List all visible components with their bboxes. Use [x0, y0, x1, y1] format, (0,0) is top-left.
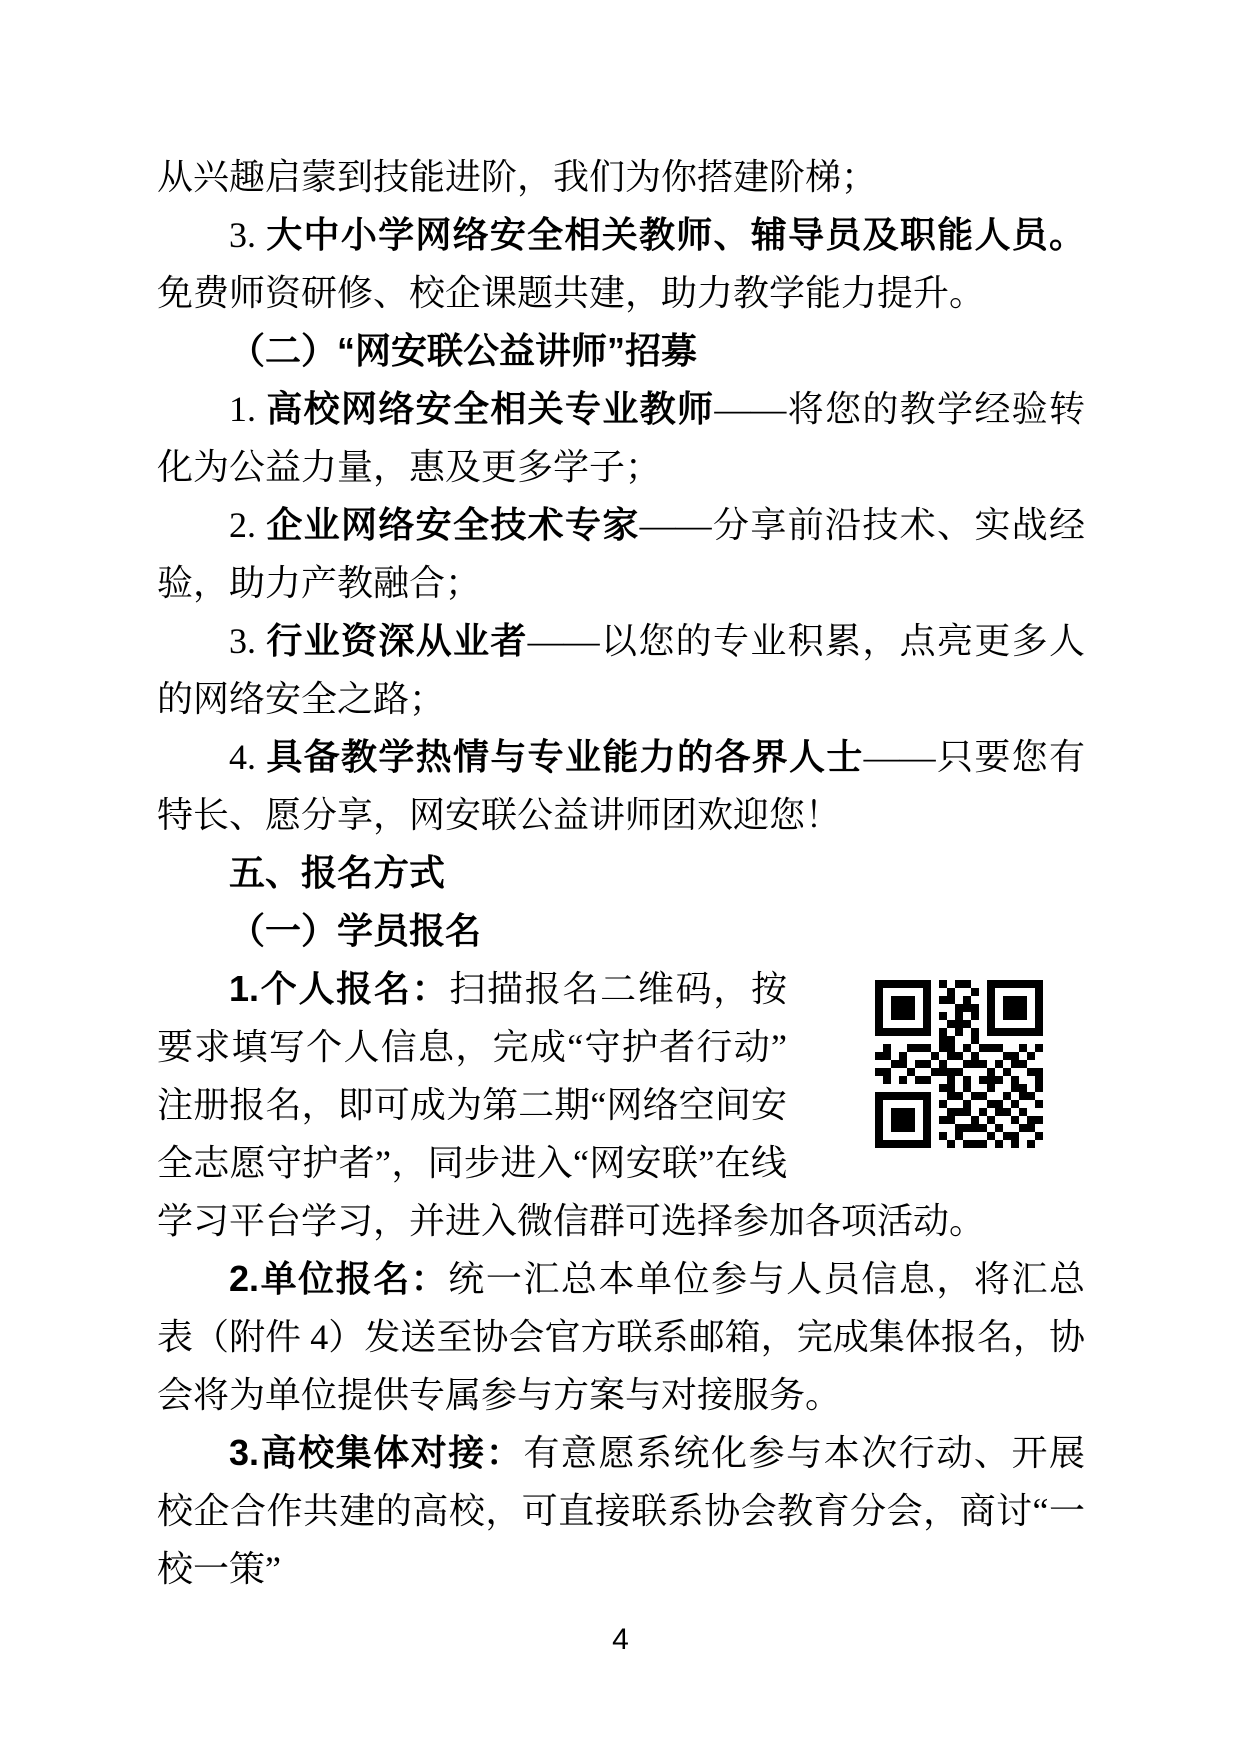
qr-module [1019, 1140, 1027, 1148]
qr-module [1011, 1108, 1019, 1116]
qr-module [987, 980, 995, 988]
qr-module [1011, 1020, 1019, 1028]
qr-module [987, 1076, 995, 1084]
text-run-bold: （一）学员报名 [229, 910, 481, 951]
qr-module [907, 1076, 915, 1084]
qr-module [971, 980, 979, 988]
qr-module [947, 1108, 955, 1116]
qr-module [955, 1076, 963, 1084]
qr-module [947, 1124, 955, 1132]
qr-module [923, 1076, 931, 1084]
qr-module [931, 1052, 939, 1060]
qr-module [971, 1068, 979, 1076]
qr-module [995, 1132, 1003, 1140]
qr-module [1027, 988, 1035, 996]
qr-module [875, 1076, 883, 1084]
qr-module [1035, 1068, 1043, 1076]
qr-module [931, 1028, 939, 1036]
qr-module [947, 988, 955, 996]
qr-module [915, 1116, 923, 1124]
qr-module [923, 1116, 931, 1124]
qr-module [1019, 1092, 1027, 1100]
qr-module [883, 1020, 891, 1028]
qr-module [907, 1084, 915, 1092]
qr-module [915, 1124, 923, 1132]
qr-module [931, 980, 939, 988]
qr-module [963, 1140, 971, 1148]
para-unit-registration: 2.单位报名：统一汇总本单位参与人员信息，将汇总表（附件 4）发送至协会官方联系… [157, 1250, 1085, 1424]
qr-module [931, 996, 939, 1004]
qr-module [923, 980, 931, 988]
qr-module [1011, 1116, 1019, 1124]
qr-module [1003, 988, 1011, 996]
qr-module [907, 1108, 915, 1116]
qr-module [987, 1124, 995, 1132]
qr-module [883, 1036, 891, 1044]
qr-module [1003, 1012, 1011, 1020]
qr-module [963, 988, 971, 996]
qr-module [875, 988, 883, 996]
qr-module [955, 1004, 963, 1012]
qr-module [923, 1132, 931, 1140]
qr-module [963, 1012, 971, 1020]
qr-module [947, 1076, 955, 1084]
qr-module [923, 1084, 931, 1092]
qr-module [939, 1140, 947, 1148]
qr-module [1035, 1012, 1043, 1020]
qr-module [923, 1044, 931, 1052]
qr-module [931, 1004, 939, 1012]
qr-module [947, 996, 955, 1004]
qr-module [931, 1076, 939, 1084]
qr-module [947, 1140, 955, 1148]
qr-module [915, 1132, 923, 1140]
qr-module [1003, 1132, 1011, 1140]
qr-module [955, 1052, 963, 1060]
qr-module [1003, 1084, 1011, 1092]
qr-module [1003, 1076, 1011, 1084]
qr-module [971, 1044, 979, 1052]
qr-module [923, 1060, 931, 1068]
qr-module [1019, 1108, 1027, 1116]
qr-module [923, 988, 931, 996]
qr-module [899, 1044, 907, 1052]
qr-module [963, 1132, 971, 1140]
qr-module [955, 988, 963, 996]
qr-module [875, 1004, 883, 1012]
qr-module [1027, 1052, 1035, 1060]
qr-module [1027, 1092, 1035, 1100]
qr-module [907, 996, 915, 1004]
qr-module [955, 1060, 963, 1068]
qr-module [931, 1132, 939, 1140]
qr-module [979, 1100, 987, 1108]
qr-module [1019, 1028, 1027, 1036]
qr-module [891, 980, 899, 988]
qr-module [907, 1052, 915, 1060]
qr-module [995, 980, 1003, 988]
qr-module [1019, 1044, 1027, 1052]
qr-module [987, 1012, 995, 1020]
qr-module [891, 1084, 899, 1092]
para-item-university-teachers: 1. 高校网络安全相关专业教师——将您的教学经验转化为公益力量，惠及更多学子； [157, 380, 1085, 496]
qr-module [955, 980, 963, 988]
qr-module [955, 1124, 963, 1132]
qr-module [947, 980, 955, 988]
qr-module [979, 980, 987, 988]
qr-module [1027, 1100, 1035, 1108]
qr-module [923, 1004, 931, 1012]
qr-module [899, 1076, 907, 1084]
qr-module [987, 1084, 995, 1092]
qr-module [915, 1028, 923, 1036]
para-item-school-teachers: 3. 大中小学网络安全相关教师、辅导员及职能人员。免费师资研修、校企课题共建，助… [157, 206, 1085, 322]
qr-module [883, 1060, 891, 1068]
qr-module [1027, 1124, 1035, 1132]
qr-module [899, 1100, 907, 1108]
qr-module [979, 1044, 987, 1052]
qr-module [883, 1140, 891, 1148]
qr-module [915, 1076, 923, 1084]
qr-module [915, 1060, 923, 1068]
qr-module [907, 1068, 915, 1076]
qr-module [979, 1132, 987, 1140]
heading-student-registration: （一）学员报名 [157, 902, 1085, 960]
qr-module [923, 1068, 931, 1076]
qr-module [899, 1068, 907, 1076]
qr-module [907, 988, 915, 996]
qr-module [907, 1124, 915, 1132]
qr-module [1019, 996, 1027, 1004]
qr-module [963, 1084, 971, 1092]
qr-module [899, 980, 907, 988]
qr-module [995, 1028, 1003, 1036]
qr-module [955, 1020, 963, 1028]
qr-module [1035, 1004, 1043, 1012]
page-number: 4 [0, 1622, 1241, 1658]
qr-module [963, 1100, 971, 1108]
qr-module [899, 1052, 907, 1060]
qr-module [1035, 980, 1043, 988]
qr-module [875, 1116, 883, 1124]
qr-module [939, 1036, 947, 1044]
qr-module [1019, 1020, 1027, 1028]
qr-module [899, 1084, 907, 1092]
qr-module [1011, 1044, 1019, 1052]
qr-module [939, 980, 947, 988]
qr-module [915, 1068, 923, 1076]
qr-module [1035, 1020, 1043, 1028]
qr-module [875, 980, 883, 988]
qr-module [883, 1052, 891, 1060]
qr-module [963, 1124, 971, 1132]
qr-module [987, 1044, 995, 1052]
qr-module [891, 1140, 899, 1148]
qr-module [1011, 1004, 1019, 1012]
qr-module [1011, 1140, 1019, 1148]
qr-module [1011, 980, 1019, 988]
qr-module [1003, 1060, 1011, 1068]
qr-module [955, 1140, 963, 1148]
qr-module [1035, 1084, 1043, 1092]
qr-module [899, 1060, 907, 1068]
qr-module [947, 1004, 955, 1012]
qr-module [939, 1100, 947, 1108]
qr-module [1011, 996, 1019, 1004]
qr-module [883, 1108, 891, 1116]
qr-module [1011, 1092, 1019, 1100]
qr-module [947, 1100, 955, 1108]
qr-module [907, 1036, 915, 1044]
qr-module [923, 1124, 931, 1132]
qr-module [1019, 1084, 1027, 1092]
qr-module [899, 1036, 907, 1044]
text-run: 1. [229, 389, 266, 429]
qr-module [995, 1068, 1003, 1076]
qr-module [875, 1140, 883, 1148]
qr-module [923, 1100, 931, 1108]
qr-module [923, 1052, 931, 1060]
qr-module [1011, 1076, 1019, 1084]
qr-module [1027, 1084, 1035, 1092]
qr-module [1035, 1140, 1043, 1148]
qr-module [899, 988, 907, 996]
qr-module [939, 1116, 947, 1124]
qr-module [1035, 1028, 1043, 1036]
qr-module [891, 1132, 899, 1140]
qr-module [979, 1052, 987, 1060]
qr-module [939, 1084, 947, 1092]
qr-module [1003, 1100, 1011, 1108]
qr-module [963, 1004, 971, 1012]
qr-module [1019, 1060, 1027, 1068]
qr-module [923, 1140, 931, 1148]
qr-module [987, 1028, 995, 1036]
qr-module [907, 1092, 915, 1100]
qr-module [987, 1132, 995, 1140]
qr-module [907, 1004, 915, 1012]
qr-module [891, 1092, 899, 1100]
qr-module [891, 1004, 899, 1012]
qr-module [987, 1108, 995, 1116]
qr-module [971, 1092, 979, 1100]
qr-module [979, 996, 987, 1004]
qr-module [995, 996, 1003, 1004]
qr-module [915, 1140, 923, 1148]
qr-module [915, 1092, 923, 1100]
qr-module [1019, 1124, 1027, 1132]
qr-module [971, 1124, 979, 1132]
qr-module [1027, 1044, 1035, 1052]
text-run-bold: 具备教学热情与专业能力的各界人士 [266, 736, 863, 777]
qr-module [1027, 1132, 1035, 1140]
para-item-industry-veterans: 3. 行业资深从业者——以您的专业积累，点亮更多人的网络安全之路； [157, 612, 1085, 728]
qr-module [883, 1028, 891, 1036]
qr-module [955, 1116, 963, 1124]
qr-module [963, 1052, 971, 1060]
qr-module [931, 1012, 939, 1020]
qr-module [939, 1108, 947, 1116]
qr-module [915, 1004, 923, 1012]
qr-module [1019, 1052, 1027, 1060]
qr-module [1011, 1012, 1019, 1020]
qr-module [931, 1036, 939, 1044]
qr-module [987, 1052, 995, 1060]
qr-module [883, 1004, 891, 1012]
qr-module [955, 1108, 963, 1116]
qr-module [883, 980, 891, 988]
qr-module [1003, 1052, 1011, 1060]
text-run-bold: 大中小学网络安全相关教师、辅导员及职能人员。 [266, 214, 1085, 255]
qr-module [995, 1124, 1003, 1132]
qr-module [971, 1012, 979, 1020]
qr-module [915, 988, 923, 996]
qr-module [995, 1100, 1003, 1108]
qr-module [1027, 1012, 1035, 1020]
qr-module [995, 1044, 1003, 1052]
qr-module [947, 1028, 955, 1036]
qr-module [971, 1140, 979, 1148]
qr-module [899, 1092, 907, 1100]
qr-module [1019, 1116, 1027, 1124]
qr-module [899, 1020, 907, 1028]
qr-module [891, 1052, 899, 1060]
qr-module [995, 1084, 1003, 1092]
qr-module [955, 1036, 963, 1044]
qr-module [923, 1020, 931, 1028]
qr-module [907, 1100, 915, 1108]
qr-module [979, 1084, 987, 1092]
qr-module [939, 988, 947, 996]
qr-module [947, 1052, 955, 1060]
registration-qr-code [875, 980, 1043, 1148]
qr-module [1027, 1036, 1035, 1044]
qr-module [915, 996, 923, 1004]
qr-module [907, 1132, 915, 1140]
qr-module [939, 1052, 947, 1060]
qr-module [955, 1132, 963, 1140]
qr-module [939, 1068, 947, 1076]
qr-module [971, 1036, 979, 1044]
qr-module [979, 1116, 987, 1124]
qr-module [931, 1100, 939, 1108]
qr-module [995, 1036, 1003, 1044]
text-run-bold: 企业网络安全技术专家 [266, 504, 639, 545]
qr-module [979, 1012, 987, 1020]
qr-module [963, 1060, 971, 1068]
qr-module [883, 1092, 891, 1100]
qr-module [923, 1036, 931, 1044]
qr-module [875, 1012, 883, 1020]
qr-module [899, 1124, 907, 1132]
qr-module [1019, 1100, 1027, 1108]
qr-module [875, 1060, 883, 1068]
qr-module [939, 1028, 947, 1036]
qr-module [891, 1116, 899, 1124]
qr-module [955, 1044, 963, 1052]
qr-module [939, 1044, 947, 1052]
qr-module [915, 1044, 923, 1052]
qr-module [995, 1020, 1003, 1028]
qr-module [883, 1116, 891, 1124]
qr-module [1003, 1124, 1011, 1132]
qr-module [891, 996, 899, 1004]
qr-module [1011, 1052, 1019, 1060]
qr-module [963, 1068, 971, 1076]
qr-module [931, 1140, 939, 1148]
qr-module [1027, 1140, 1035, 1148]
qr-module [907, 1116, 915, 1124]
qr-module [1011, 988, 1019, 996]
text-run-bold: （二）“网安联公益讲师”招募 [229, 330, 697, 371]
qr-module [963, 996, 971, 1004]
qr-module [907, 980, 915, 988]
heading-lecturer-recruitment: （二）“网安联公益讲师”招募 [157, 322, 1085, 380]
qr-module [987, 988, 995, 996]
qr-module [955, 1012, 963, 1020]
qr-module [899, 996, 907, 1004]
qr-module [875, 1028, 883, 1036]
qr-module [1019, 988, 1027, 996]
qr-module [939, 1076, 947, 1084]
qr-module [1003, 1068, 1011, 1076]
qr-module [1027, 1076, 1035, 1084]
qr-module [1035, 1132, 1043, 1140]
qr-module [979, 1108, 987, 1116]
qr-module [947, 1092, 955, 1100]
qr-module [923, 1108, 931, 1116]
qr-module [995, 1140, 1003, 1148]
qr-module [915, 980, 923, 988]
qr-module [979, 1068, 987, 1076]
qr-module [1019, 1012, 1027, 1020]
qr-module [979, 1092, 987, 1100]
qr-module [987, 1116, 995, 1124]
qr-module [1035, 1100, 1043, 1108]
para-university-group-connection: 3.高校集体对接：有意愿系统化参与本次行动、开展校企合作共建的高校，可直接联系协… [157, 1424, 1085, 1598]
qr-module [947, 1020, 955, 1028]
qr-module [907, 1044, 915, 1052]
qr-module [899, 1012, 907, 1020]
qr-module [875, 1092, 883, 1100]
qr-module [971, 1076, 979, 1084]
qr-module [891, 1020, 899, 1028]
qr-module [987, 1004, 995, 1012]
qr-module [931, 1044, 939, 1052]
qr-module [883, 1012, 891, 1020]
qr-module [1011, 1132, 1019, 1140]
text-run-bold: 3.高校集体对接： [229, 1432, 523, 1473]
qr-module [971, 1116, 979, 1124]
qr-module [875, 1084, 883, 1092]
qr-module [891, 1036, 899, 1044]
qr-module [931, 1020, 939, 1028]
qr-module [891, 1124, 899, 1132]
qr-module [1003, 980, 1011, 988]
qr-module [1003, 1092, 1011, 1100]
qr-module [875, 1132, 883, 1140]
qr-module [907, 1028, 915, 1036]
qr-module [987, 1140, 995, 1148]
qr-module [875, 1020, 883, 1028]
qr-module [1003, 1116, 1011, 1124]
qr-module [1027, 1116, 1035, 1124]
qr-module [899, 1108, 907, 1116]
document-body: 从兴趣启蒙到技能进阶，我们为你搭建阶梯；3. 大中小学网络安全相关教师、辅导员及… [157, 148, 1085, 1598]
qr-module [955, 1092, 963, 1100]
qr-module [899, 1132, 907, 1140]
para-item-enterprise-experts: 2. 企业网络安全技术专家——分享前沿技术、实战经验，助力产教融合； [157, 496, 1085, 612]
